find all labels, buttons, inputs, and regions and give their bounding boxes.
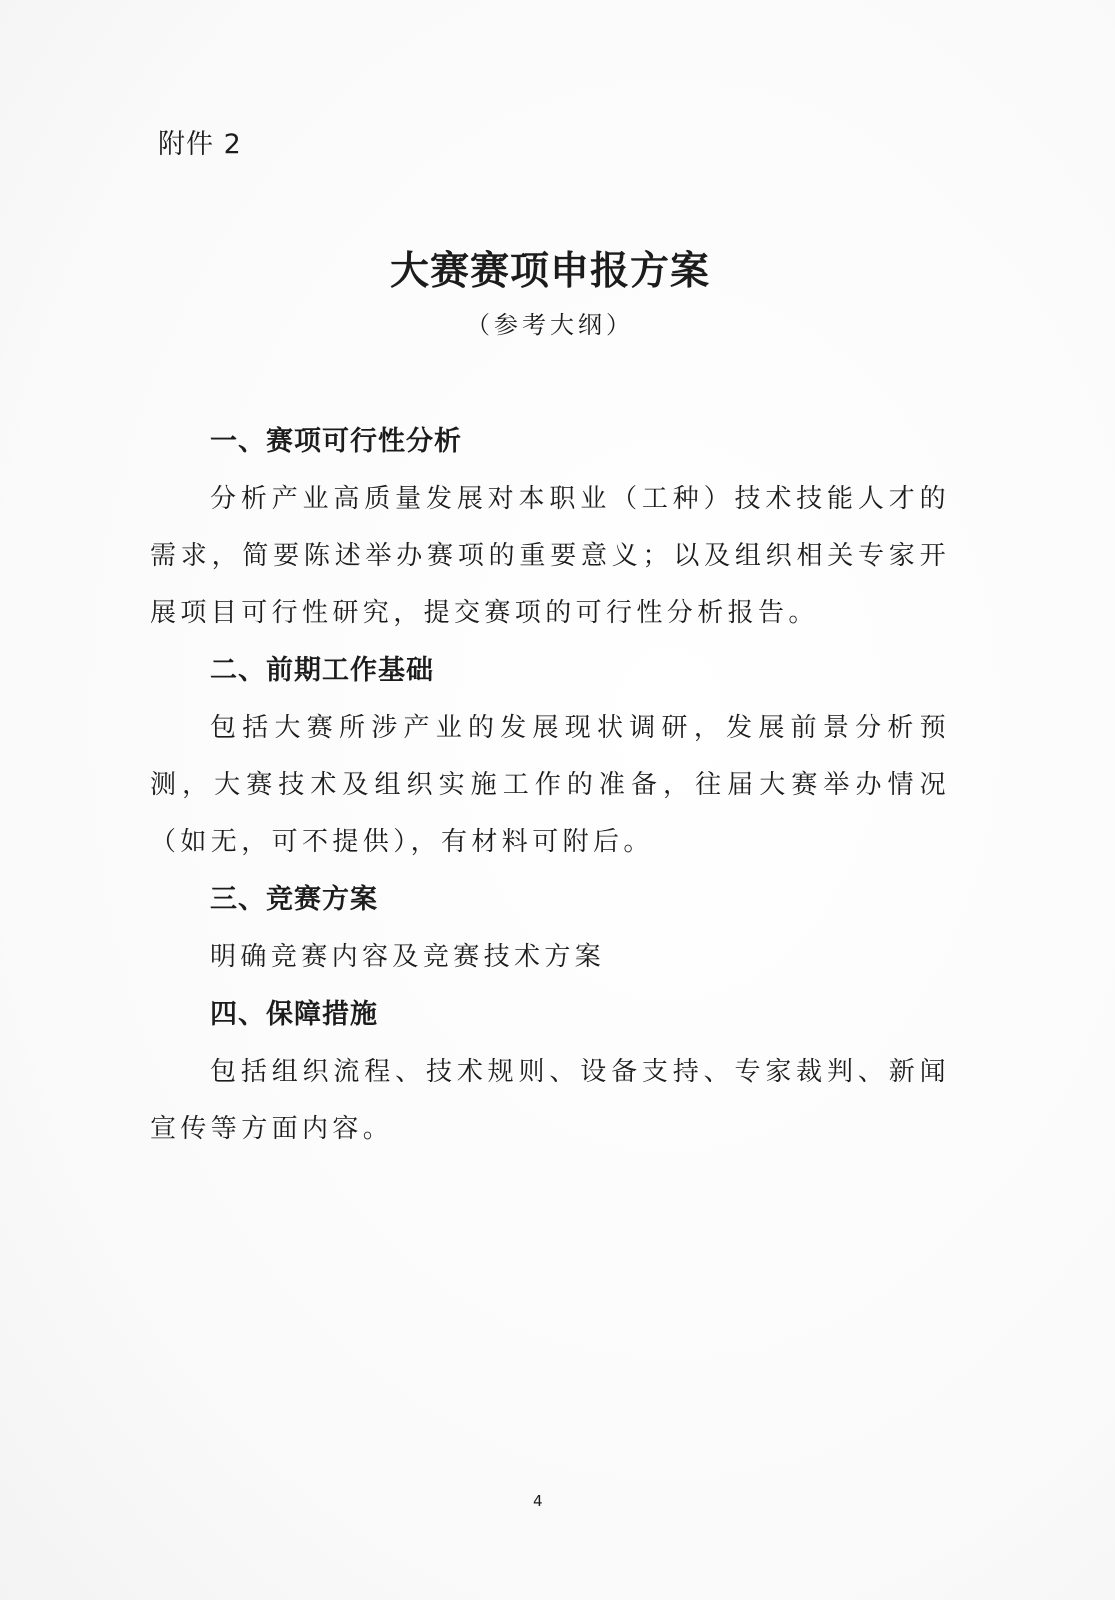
- section-heading: 一、赛项可行性分析: [150, 413, 950, 471]
- section-competition-plan: 三、竞赛方案 明确竞赛内容及竞赛技术方案: [150, 871, 950, 986]
- section-preliminary-work: 二、前期工作基础 包括大赛所涉产业的发展现状调研，发展前景分析预测，大赛技术及组…: [150, 642, 950, 871]
- section-paragraph: 包括组织流程、技术规则、设备支持、专家裁判、新闻宣传等方面内容。: [150, 1044, 950, 1158]
- page-number: 4: [533, 1492, 543, 1510]
- section-paragraph: 分析产业高质量发展对本职业（工种）技术技能人才的需求，简要陈述举办赛项的重要意义…: [150, 471, 950, 642]
- section-feasibility-analysis: 一、赛项可行性分析 分析产业高质量发展对本职业（工种）技术技能人才的需求，简要陈…: [150, 413, 950, 642]
- section-paragraph: 明确竞赛内容及竞赛技术方案: [150, 929, 950, 986]
- document-page: 附件 2 大赛赛项申报方案 （参考大纲） 一、赛项可行性分析 分析产业高质量发展…: [0, 0, 1115, 1600]
- document-body: 一、赛项可行性分析 分析产业高质量发展对本职业（工种）技术技能人才的需求，简要陈…: [150, 413, 950, 1158]
- section-heading: 三、竞赛方案: [150, 871, 950, 929]
- attachment-label: 附件 2: [158, 122, 242, 161]
- section-heading: 四、保障措施: [150, 986, 950, 1044]
- section-safeguard-measures: 四、保障措施 包括组织流程、技术规则、设备支持、专家裁判、新闻宣传等方面内容。: [150, 986, 950, 1158]
- section-heading: 二、前期工作基础: [150, 642, 950, 700]
- document-title: 大赛赛项申报方案: [0, 240, 1100, 296]
- section-paragraph: 包括大赛所涉产业的发展现状调研，发展前景分析预测，大赛技术及组织实施工作的准备，…: [150, 700, 950, 871]
- document-subtitle: （参考大纲）: [0, 305, 1100, 340]
